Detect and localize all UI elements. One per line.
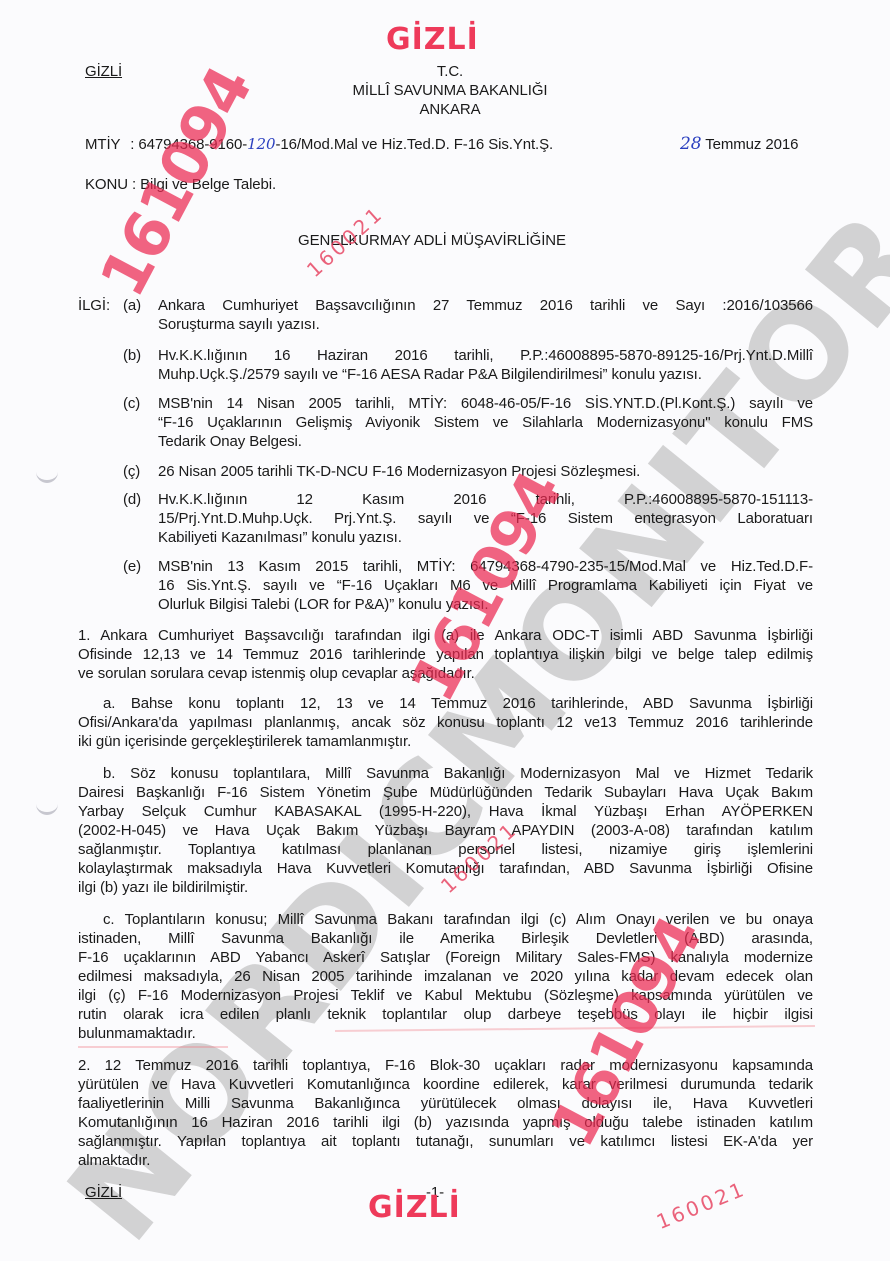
reference-item-b: Hv.K.K.lığının 16 Haziran 2016 tarihli, … — [158, 346, 813, 384]
reference-key-e: (e) — [123, 557, 141, 576]
org-line-1: T.C. — [350, 62, 550, 81]
classification-label-bottom: GİZLİ — [85, 1183, 122, 1202]
subject-label: KONU — [85, 176, 128, 193]
classification-label-top: GİZLİ — [85, 62, 122, 81]
paragraph-2: 2. 12 Temmuz 2016 tarihli toplantıya, F-… — [78, 1056, 813, 1170]
document-page: NORDICMONITOR.COM GİZLİ GİZLİ T.C. MİLLÎ… — [0, 0, 890, 1261]
reference-key-d: (d) — [123, 490, 141, 509]
handwritten-number: 120 — [247, 135, 275, 153]
reference-item-c: MSB'nin 14 Nisan 2005 tarihli, MTİY: 604… — [158, 394, 813, 451]
date-rest: Temmuz 2016 — [705, 136, 798, 153]
reference-label: MTİY — [85, 136, 120, 153]
highlight-mark-2 — [78, 1046, 228, 1048]
punch-hole-top — [36, 468, 58, 483]
reference-key-c: (c) — [123, 394, 140, 413]
org-line-2: MİLLÎ SAVUNMA BAKANLIĞI — [300, 81, 600, 100]
document-date: 28 Temmuz 2016 — [680, 135, 798, 154]
paragraph-1c: c. Toplantıların konusu; Millî Savunma B… — [78, 910, 813, 1043]
classification-stamp-top: GİZLİ — [386, 22, 479, 57]
punch-hole-bottom — [36, 800, 58, 815]
references-label: İLGİ: — [78, 296, 110, 315]
small-stamp-3: 160021 — [653, 1176, 749, 1234]
reference-item-c-cedilla: 26 Nisan 2005 tarihli TK-D-NCU F-16 Mode… — [158, 462, 813, 481]
classification-stamp-bottom: GİZLİ — [368, 1190, 461, 1225]
org-line-3: ANKARA — [350, 100, 550, 119]
handwritten-day: 28 — [680, 134, 701, 154]
reference-key-c-cedilla: (ç) — [123, 462, 140, 481]
reference-key-b: (b) — [123, 346, 141, 365]
reference-item-a: Ankara Cumhuriyet Başsavcılığının 27 Tem… — [158, 296, 813, 334]
reference-suffix: -16/Mod.Mal ve Hiz.Ted.D. F-16 Sis.Ynt.Ş… — [275, 136, 553, 153]
